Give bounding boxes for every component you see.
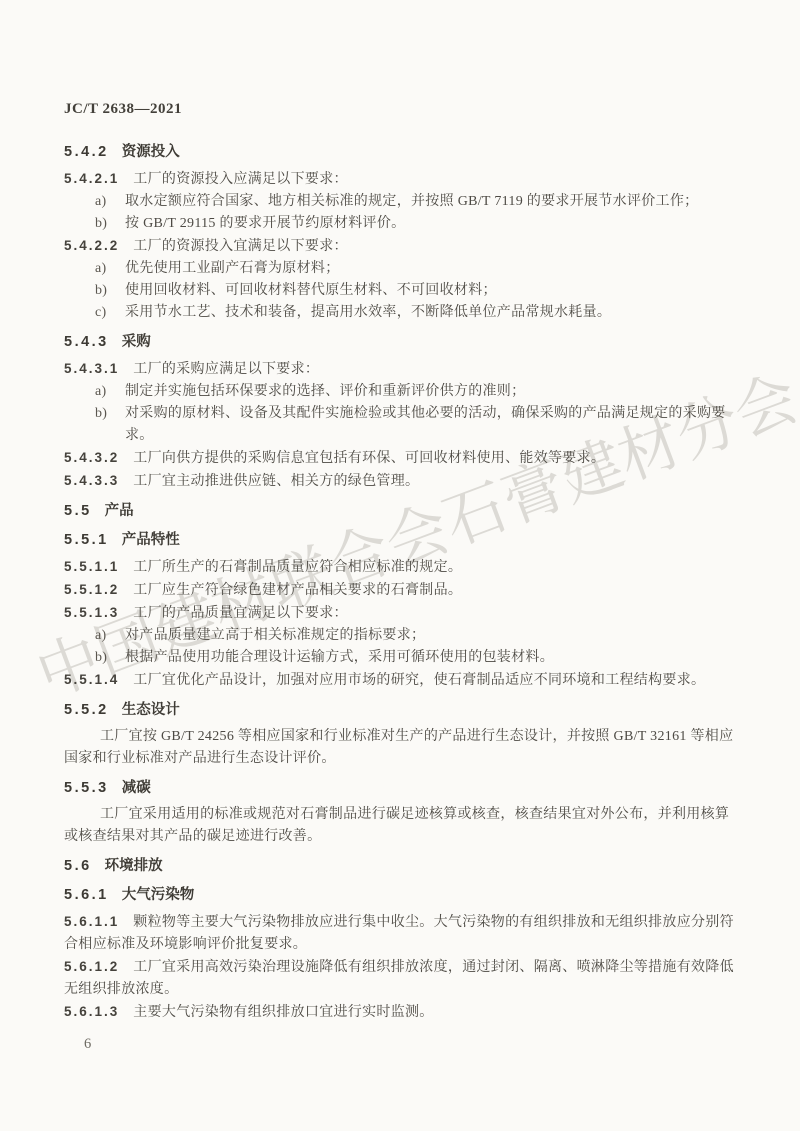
clause-text: 根据产品使用功能合理设计运输方式，采用可循环使用的包装材料。 [125, 650, 554, 665]
clause-paragraph: 5.5.1.3工厂的产品质量宜满足以下要求： [64, 602, 738, 625]
clause-paragraph: 5.4.2.2工厂的资源投入宜满足以下要求： [64, 235, 738, 258]
clause-number: 5.4.2.2 [64, 238, 119, 253]
section-heading: 5.4.3采购 [64, 331, 738, 353]
clause-paragraph: 5.5.1.2工厂应生产符合绿色建材产品相关要求的石膏制品。 [64, 579, 738, 602]
section-title: 资源投入 [122, 144, 180, 160]
document-content: JC/T 2638—2021 5.4.2资源投入5.4.2.1工厂的资源投入应满… [0, 0, 800, 1024]
section-heading: 5.5.3减碳 [64, 777, 738, 799]
list-item: a)对产品质量建立高于相关标准规定的指标要求； [64, 625, 738, 647]
section-heading: 5.5.1产品特性 [64, 529, 738, 551]
section-number: 5.5.3 [64, 780, 109, 796]
clause-text: 工厂所生产的石膏制品质量应符合相应标准的规定。 [133, 560, 462, 575]
clause-text: 采用节水工艺、技术和装备，提高用水效率，不断降低单位产品常规水耗量。 [125, 305, 611, 320]
list-marker: b) [95, 403, 107, 425]
section-heading: 5.6环境排放 [64, 855, 738, 877]
list-item: a)优先使用工业副产石膏为原材料； [64, 258, 738, 280]
clause-number: 5.4.3.2 [64, 450, 119, 465]
list-marker: b) [95, 213, 107, 235]
list-marker: a) [95, 258, 106, 280]
list-marker: a) [95, 381, 106, 403]
standard-code-header: JC/T 2638—2021 [64, 98, 738, 120]
clause-text: 取水定额应符合国家、地方相关标准的规定，并按照 GB/T 7119 的要求开展节… [125, 194, 698, 209]
section-number: 5.5.2 [64, 702, 109, 718]
clause-text: 工厂向供方提供的采购信息宜包括有环保、可回收材料使用、能效等要求。 [133, 451, 605, 466]
clause-text: 制定并实施包括环保要求的选择、评价和重新评价供方的准则； [125, 384, 525, 399]
list-marker: a) [95, 191, 106, 213]
clause-text: 工厂宜采用适用的标准或规范对石膏制品进行碳足迹核算或核查，核查结果宜对外公布，并… [64, 807, 729, 844]
clause-number: 5.6.1.3 [64, 1004, 119, 1019]
section-number: 5.6.1 [64, 887, 109, 903]
clause-paragraph: 5.5.1.4工厂宜优化产品设计，加强对应用市场的研究，使石膏制品适应不同环境和… [64, 669, 738, 692]
section-number: 5.4.3 [64, 334, 109, 350]
clause-text: 对采购的原材料、设备及其配件实施检验或其他必要的活动，确保采购的产品满足规定的采… [125, 406, 726, 443]
clause-text: 颗粒物等主要大气污染物排放应进行集中收尘。大气污染物的有组织排放和无组织排放应分… [64, 915, 734, 952]
section-number: 5.6 [64, 858, 92, 874]
section-title: 环境排放 [105, 858, 163, 874]
clause-number: 5.6.1.2 [64, 959, 119, 974]
clause-text: 优先使用工业副产石膏为原材料； [125, 261, 340, 276]
clause-number: 5.5.1.2 [64, 582, 119, 597]
section-number: 5.5 [64, 503, 92, 519]
clause-paragraph: 5.5.1.1工厂所生产的石膏制品质量应符合相应标准的规定。 [64, 556, 738, 579]
list-item: a)取水定额应符合国家、地方相关标准的规定，并按照 GB/T 7119 的要求开… [64, 191, 738, 213]
clause-text: 工厂宜采用高效污染治理设施降低有组织排放浓度，通过封闭、隔离、喷淋降尘等措施有效… [64, 960, 734, 997]
section-title: 产品 [105, 503, 134, 519]
section-title: 生态设计 [122, 702, 180, 718]
clause-text: 工厂的资源投入宜满足以下要求： [133, 239, 348, 254]
clause-paragraph: 5.4.2.1工厂的资源投入应满足以下要求： [64, 168, 738, 191]
clause-text: 使用回收材料、可回收材料替代原生材料、不可回收材料； [125, 283, 497, 298]
list-item: c)采用节水工艺、技术和装备，提高用水效率，不断降低单位产品常规水耗量。 [64, 302, 738, 324]
clause-text: 工厂的采购应满足以下要求： [133, 362, 319, 377]
clause-number: 5.4.3.1 [64, 361, 119, 376]
section-number: 5.5.1 [64, 532, 109, 548]
list-marker: b) [95, 280, 107, 302]
body-paragraph: 工厂宜采用适用的标准或规范对石膏制品进行碳足迹核算或核查，核查结果宜对外公布，并… [64, 804, 738, 848]
clause-number: 5.5.1.3 [64, 605, 119, 620]
page-number: 6 [84, 1036, 91, 1053]
clause-paragraph: 5.6.1.3主要大气污染物有组织排放口宜进行实时监测。 [64, 1001, 738, 1024]
clause-text: 工厂的资源投入应满足以下要求： [133, 172, 348, 187]
clause-paragraph: 5.4.3.2工厂向供方提供的采购信息宜包括有环保、可回收材料使用、能效等要求。 [64, 447, 738, 470]
clause-paragraph: 5.4.3.3工厂宜主动推进供应链、相关方的绿色管理。 [64, 470, 738, 493]
document-body: 5.4.2资源投入5.4.2.1工厂的资源投入应满足以下要求：a)取水定额应符合… [64, 141, 738, 1024]
clause-number: 5.5.1.4 [64, 672, 119, 687]
section-title: 产品特性 [122, 532, 180, 548]
section-title: 大气污染物 [122, 887, 195, 903]
clause-text: 对产品质量建立高于相关标准规定的指标要求； [125, 628, 425, 643]
clause-text: 主要大气污染物有组织排放口宜进行实时监测。 [133, 1005, 433, 1020]
list-marker: b) [95, 647, 107, 669]
clause-text: 工厂宜主动推进供应链、相关方的绿色管理。 [133, 474, 419, 489]
clause-number: 5.6.1.1 [64, 914, 119, 929]
list-marker: a) [95, 625, 106, 647]
list-item: a)制定并实施包括环保要求的选择、评价和重新评价供方的准则； [64, 381, 738, 403]
section-heading: 5.5产品 [64, 500, 738, 522]
clause-number: 5.4.2.1 [64, 171, 119, 186]
clause-text: 工厂的产品质量宜满足以下要求： [133, 606, 348, 621]
clause-paragraph: 5.6.1.1颗粒物等主要大气污染物排放应进行集中收尘。大气污染物的有组织排放和… [64, 911, 738, 956]
list-item: b)按 GB/T 29115 的要求开展节约原材料评价。 [64, 213, 738, 235]
list-marker: c) [95, 302, 106, 324]
clause-text: 工厂宜按 GB/T 24256 等相应国家和行业标准对生产的产品进行生态设计，并… [64, 729, 733, 766]
list-item: b)使用回收材料、可回收材料替代原生材料、不可回收材料； [64, 280, 738, 302]
section-heading: 5.6.1大气污染物 [64, 884, 738, 906]
list-item: b)根据产品使用功能合理设计运输方式，采用可循环使用的包装材料。 [64, 647, 738, 669]
section-title: 采购 [122, 334, 151, 350]
clause-text: 按 GB/T 29115 的要求开展节约原材料评价。 [125, 216, 405, 231]
section-heading: 5.5.2生态设计 [64, 699, 738, 721]
document-page: 中国建材联合会石膏建材分会 JC/T 2638—2021 5.4.2资源投入5.… [0, 0, 800, 1131]
body-paragraph: 工厂宜按 GB/T 24256 等相应国家和行业标准对生产的产品进行生态设计，并… [64, 726, 738, 770]
section-number: 5.4.2 [64, 144, 109, 160]
clause-number: 5.5.1.1 [64, 559, 119, 574]
clause-text: 工厂宜优化产品设计，加强对应用市场的研究，使石膏制品适应不同环境和工程结构要求。 [133, 673, 705, 688]
clause-paragraph: 5.4.3.1工厂的采购应满足以下要求： [64, 358, 738, 381]
section-title: 减碳 [122, 780, 151, 796]
clause-text: 工厂应生产符合绿色建材产品相关要求的石膏制品。 [133, 583, 462, 598]
clause-number: 5.4.3.3 [64, 473, 119, 488]
list-item: b)对采购的原材料、设备及其配件实施检验或其他必要的活动，确保采购的产品满足规定… [64, 403, 738, 447]
clause-paragraph: 5.6.1.2工厂宜采用高效污染治理设施降低有组织排放浓度，通过封闭、隔离、喷淋… [64, 956, 738, 1001]
section-heading: 5.4.2资源投入 [64, 141, 738, 163]
